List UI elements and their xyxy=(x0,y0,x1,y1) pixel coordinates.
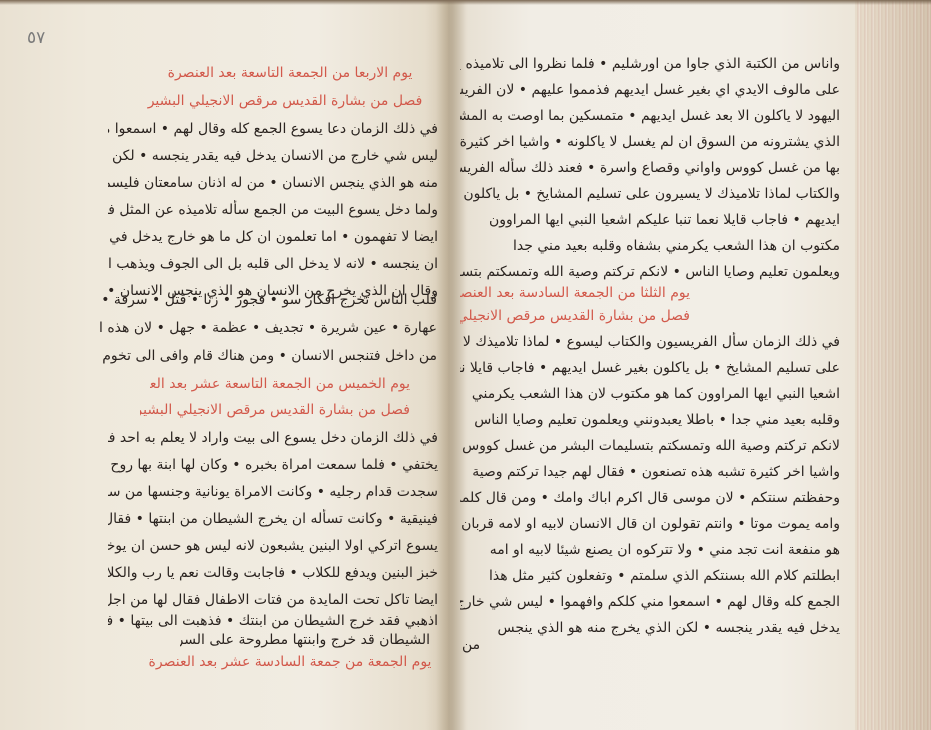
rubric-heading: يوم الثلثا من الجمعة السادسة بعد العنصرة xyxy=(460,283,690,303)
text-line: ايضا لا تفهمون • اما تعلمون ان كل ما هو … xyxy=(108,227,438,247)
text-line: الجمع كله وقال لهم • اسمعوا مني كلكم واف… xyxy=(460,592,840,612)
rubric-heading: فصل من بشارة القديس مرقص الانجيلي البشير xyxy=(140,400,410,420)
text-line: خبز البنين ويدفع للكلاب • فاجابت وقالت ن… xyxy=(108,563,438,583)
text-line: ايديهم • فاجاب قايلا نعما تنبا عليكم اشع… xyxy=(460,210,840,230)
manuscript-spread: ٥٧ يوم الاربعا من الجمعة التاسعة بعد الع… xyxy=(0,0,931,730)
text-line: سجدت قدام رجليه • وكانت الامراة يونانية … xyxy=(108,482,438,502)
rubric-heading: يوم الخميس من الجمعة التاسعة عشر بعد الع… xyxy=(150,374,410,394)
text-line: قلب الناس تخرج افكار سو • فجور • زنا • ق… xyxy=(100,290,437,310)
text-line: منه هو الذي ينجس الانسان • من له اذنان س… xyxy=(108,173,438,193)
text-line: وقلبه بعيد مني جدا • باطلا يعبدونني ويعل… xyxy=(460,410,840,430)
text-line: هو منفعة انت تجد مني • ولا تتركوه ان يصن… xyxy=(460,540,840,560)
text-line: واناس من الكتبة الذي جاوا من اورشليم • ف… xyxy=(460,54,840,74)
text-line: على مالوف الايدي اي بغير غسل ايديهم فذمم… xyxy=(460,80,840,100)
text-line: في ذلك الزمان دعا يسوع الجمع كله وقال له… xyxy=(108,119,438,139)
text-line: ليس شي خارج من الانسان يدخل فيه يقدر ينج… xyxy=(108,146,438,166)
rubric-heading: يوم الجمعة من جمعة السادسة عشر بعد العنص… xyxy=(140,652,440,672)
text-line: والكتاب لماذا تلاميذك لا يسيرون على تسلي… xyxy=(460,184,840,204)
text-line: عهارة • عين شريرة • تجديف • عظمة • جهل •… xyxy=(100,318,437,338)
top-edge-shadow xyxy=(0,0,931,5)
text-line: ابطلتم كلام الله بسنتكم الذي سلمتم • وتف… xyxy=(460,566,840,586)
text-line: يختفي • فلما سمعت امراة بخبره • وكان لها… xyxy=(108,455,438,475)
catchword: من xyxy=(462,637,480,653)
text-line: اذهبي فقد خرج الشيطان من ابنتك • فذهبت ا… xyxy=(108,611,438,631)
text-line: ايضا تاكل تحت المايدة من فتات الاطفال فق… xyxy=(108,590,438,610)
text-line: وحفظتم سنتكم • لان موسى قال اكرم اباك وا… xyxy=(460,488,840,508)
text-line: ويعلمون تعليم وصايا الناس • لانكم تركتم … xyxy=(460,262,840,282)
text-line: الشيطان قد خرج وابنتها مطروحة على السرير… xyxy=(180,630,430,650)
text-line: يسوع اتركي اولا البنين يشبعون لانه ليس ه… xyxy=(108,536,438,556)
text-line: في ذلك الزمان سأل الفريسيون والكتاب ليسو… xyxy=(460,332,840,352)
folio-number: ٥٧ xyxy=(27,28,45,48)
text-line: وامه يموت موتا • وانتم تقولون ان قال الا… xyxy=(460,514,840,534)
text-line: على تسليم المشايخ • بل ياكلون بغير غسل ا… xyxy=(460,358,840,378)
text-line: اليهود لا ياكلون الا بعد غسل ايديهم • مت… xyxy=(460,106,840,126)
text-line: ولما دخل يسوع البيت من الجمع سأله تلاميذ… xyxy=(108,200,438,220)
fore-edge-shading xyxy=(855,0,931,730)
text-line: ان ينجسه • لانه لا يدخل الى قلبه بل الى … xyxy=(108,254,438,274)
rubric-heading: يوم الاربعا من الجمعة التاسعة بعد العنصر… xyxy=(130,63,450,83)
text-line: فينيقية • وكانت تسأله ان يخرج الشيطان من… xyxy=(108,509,438,529)
text-line: بها من غسل كووس واواني وقصاع واسرة • فعن… xyxy=(460,158,840,178)
rubric-heading: فصل من بشارة القديس مرقص الانجيلي البشير xyxy=(130,91,440,111)
text-line: اشعيا النبي ايها المراوون كما هو مكتوب ل… xyxy=(460,384,840,404)
text-line: مكتوب ان هذا الشعب يكرمني بشفاه وقلبه بع… xyxy=(460,236,840,256)
text-line: من داخل فتنجس الانسان • ومن هناك قام واف… xyxy=(100,346,437,366)
text-line: الذي يشترونه من السوق ان لم يغسل لا ياكل… xyxy=(460,132,840,152)
rubric-heading: فصل من بشارة القديس مرقص الانجيلي البشير xyxy=(460,306,690,326)
text-line: في ذلك الزمان دخل يسوع الى بيت واراد لا … xyxy=(108,428,438,448)
text-line: يدخل فيه يقدر ينجسه • لكن الذي يخرج منه … xyxy=(460,618,840,638)
text-line: واشيا اخر كثيرة تشبه هذه تصنعون • فقال ل… xyxy=(460,462,840,482)
text-line: لانكم تركتم وصية الله وتمسكتم بتسليمات ا… xyxy=(460,436,840,456)
